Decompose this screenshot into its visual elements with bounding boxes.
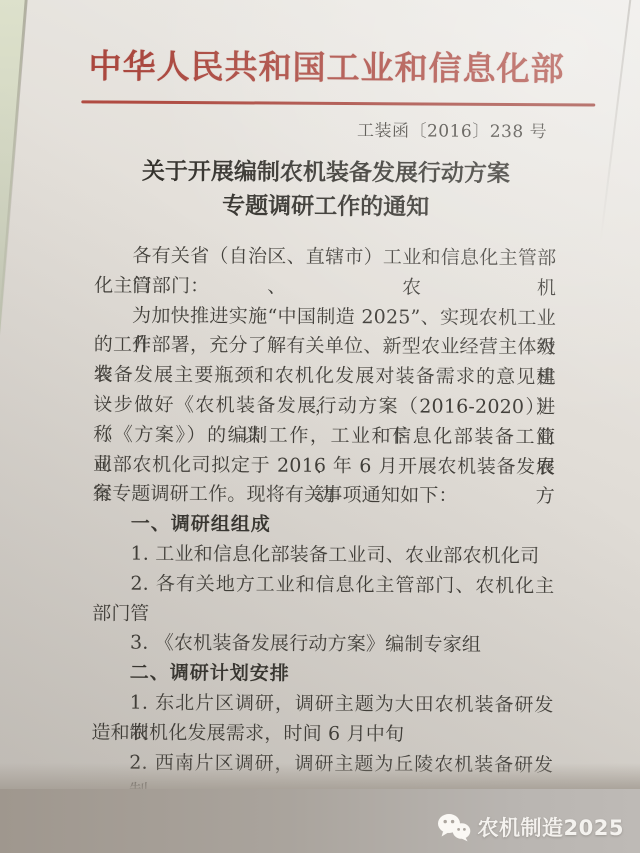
title-line-1: 关于开展编制农机装备发展行动方案 <box>142 158 510 187</box>
body-line: 业部农机化司拟定于 2016 年 6 月开展农机装备发展行动方 <box>93 450 555 483</box>
agency-header: 中华人民共和国工业和信息化部 <box>86 40 566 90</box>
body-line: 造和农机化发展需求，时间 6 月中旬 <box>91 718 553 751</box>
watermark-text: 农机制造2025 <box>478 812 624 842</box>
body-line: 1. 东北片区调研，调研主题为大田农机装备研发制 <box>92 688 554 721</box>
document-number: 工装函〔2016〕238 号 <box>95 114 557 142</box>
section-heading-1: 一、调研组组成 <box>93 510 555 543</box>
body-line: 3. 《农机装备发展行动方案》编制专家组 <box>92 629 554 662</box>
header-divider <box>81 100 595 106</box>
body-line: 的工作部署，充分了解有关单位、新型农业经营主体对农机 <box>94 331 556 364</box>
body-line: 一步做好《农机装备发展行动方案（2016-2020）》（以下简 <box>93 390 555 423</box>
document-title: 关于开展编制农机装备发展行动方案专题调研工作的通知 <box>95 154 557 225</box>
title-line-2: 专题调研工作的通知 <box>222 192 429 220</box>
body-line: 2. 各有关地方工业和信息化主管部门、农机化主管 <box>92 569 554 602</box>
body-line: 装备发展主要瓶颈和农机化发展对装备需求的意见建议，进 <box>94 361 556 394</box>
body-line: 部门 <box>92 599 554 632</box>
photo-bottom-band: 农机制造2025 <box>0 789 640 853</box>
wechat-watermark: 农机制造2025 <box>437 812 624 842</box>
document-body: 各有关省（自治区、直辖市）工业和信息化主管部门、农机 化主管部门： 为加快推进实… <box>91 241 556 780</box>
document-content: 中华人民共和国工业和信息化部 工装函〔2016〕238 号 关于开展编制农机装备… <box>15 0 632 781</box>
body-line: 1. 工业和信息化部装备工业司、农业部农机化司 <box>92 539 554 572</box>
section-heading-2: 二、调研计划安排 <box>92 659 554 692</box>
body-line: 各有关省（自治区、直辖市）工业和信息化主管部门、农机 <box>94 241 556 274</box>
document-photo: 中华人民共和国工业和信息化部 工装函〔2016〕238 号 关于开展编制农机装备… <box>0 0 640 853</box>
wechat-icon <box>437 813 471 842</box>
body-line: 为加快推进实施“中国制造 2025”、实现农机工业升级 <box>94 301 556 334</box>
body-line: 称《方案》）的编制工作，工业和信息化部装备工业司、农 <box>93 420 555 453</box>
